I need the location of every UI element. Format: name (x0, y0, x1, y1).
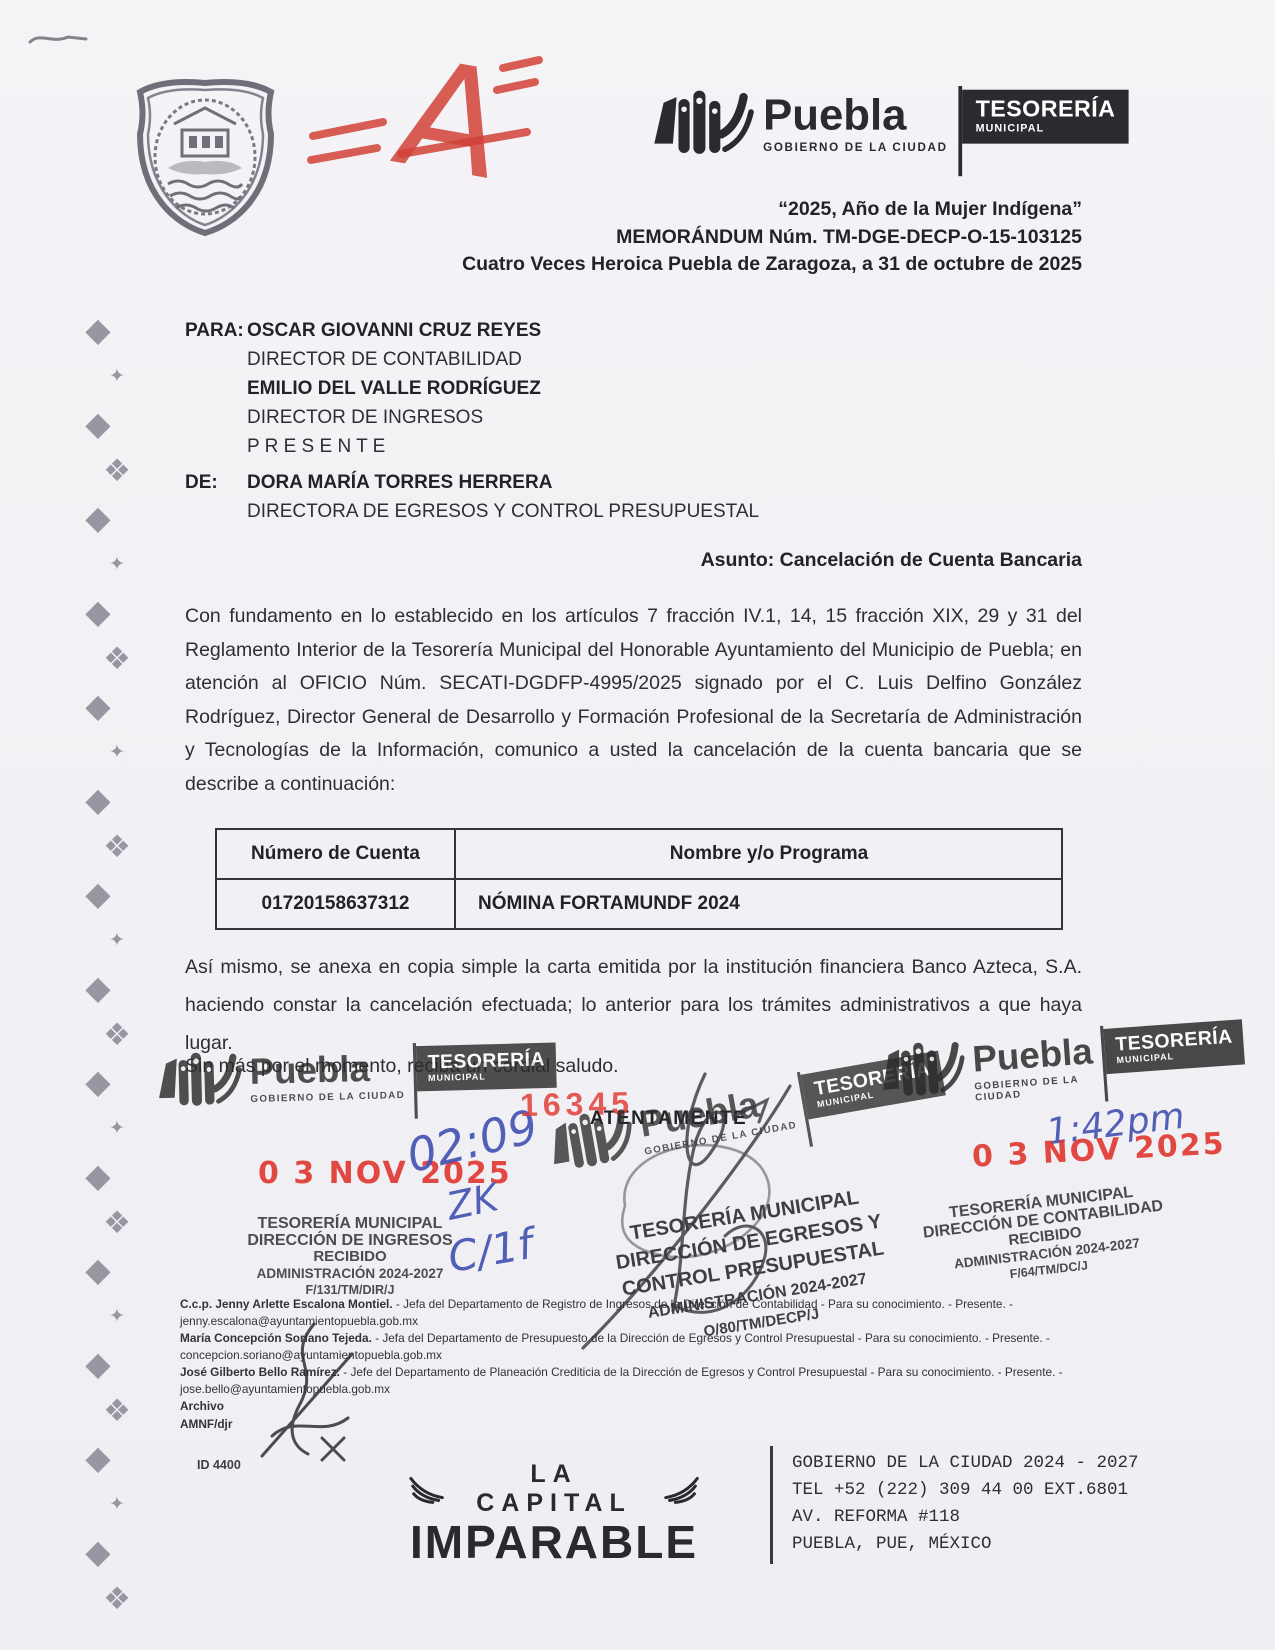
address-line: TEL +52 (222) 309 44 00 EXT.6801 (792, 1477, 1139, 1504)
border-motif (55, 776, 141, 823)
border-motif (74, 1199, 160, 1246)
border-motif (74, 1481, 160, 1528)
border-motif (55, 306, 141, 353)
recipients-block: PARA: OSCAR GIOVANNI CRUZ REYES DIRECTOR… (185, 316, 541, 461)
para-lines: OSCAR GIOVANNI CRUZ REYES DIRECTOR DE CO… (247, 316, 541, 461)
bank-account-table: Número de Cuenta Nombre y/o Programa 017… (215, 828, 1063, 930)
para-label: PARA: (185, 316, 247, 461)
recipient-name: EMILIO DEL VALLE RODRÍGUEZ (247, 374, 541, 403)
account-number-cell: 01720158637312 (216, 879, 455, 929)
footer-address-block: GOBIERNO DE LA CIUDAD 2024 - 2027 TEL +5… (792, 1450, 1139, 1558)
border-motif (74, 1011, 160, 1058)
program-name-cell: NÓMINA FORTAMUNDF 2024 (455, 879, 1062, 929)
border-motif (55, 1246, 141, 1293)
border-motif (74, 917, 160, 964)
column-header-program: Nombre y/o Programa (455, 829, 1062, 879)
border-motif (55, 494, 141, 541)
memo-number: MEMORÁNDUM Núm. TM-DGE-DECP-O-15-103125 (462, 224, 1082, 252)
ingresos-office-stamp-text: TESORERÍA MUNICIPAL DIRECCIÓN DE INGRESO… (210, 1216, 490, 1299)
border-motif (55, 1340, 141, 1387)
de-label: DE: (185, 468, 247, 526)
tesoreria-municipal-box: TESORERÍA MUNICIPAL (963, 90, 1129, 144)
border-motif (74, 447, 160, 494)
column-header-account: Número de Cuenta (216, 829, 455, 879)
tesoreria-municipal-box: TESORERÍAMUNICIPAL (416, 1043, 556, 1092)
border-motif (55, 400, 141, 447)
scanned-memo-page: A Puebla GOBIERNO DE LA CIUDAD (0, 0, 1275, 1650)
address-line: GOBIERNO DE LA CIUDAD 2024 - 2027 (792, 1450, 1139, 1477)
presente-line: P R E S E N T E (247, 432, 541, 461)
border-motif (55, 1152, 141, 1199)
border-motif (74, 1575, 160, 1622)
recipient-title: DIRECTOR DE CONTABILIDAD (247, 345, 541, 374)
sender-name: DORA MARÍA TORRES HERRERA (247, 468, 759, 497)
right-wing-icon (662, 1474, 700, 1504)
address-line: AV. REFORMA #118 (792, 1504, 1139, 1531)
body-paragraph-1: Con fundamento en lo establecido en los … (185, 600, 1082, 801)
year-quote: “2025, Año de la Mujer Indígena” (462, 196, 1082, 224)
recipient-title: DIRECTOR DE INGRESOS (247, 403, 541, 432)
border-motif (55, 588, 141, 635)
table-data-row: 01720158637312 NÓMINA FORTAMUNDF 2024 (216, 879, 1062, 929)
border-motif (55, 682, 141, 729)
scan-artifact (28, 30, 98, 48)
puebla-logo-icon (645, 86, 755, 176)
de-lines: DORA MARÍA TORRES HERRERA DIRECTORA DE E… (247, 468, 759, 526)
document-id: ID 4400 (197, 1458, 241, 1472)
header-reference-block: “2025, Año de la Mujer Indígena” MEMORÁN… (462, 196, 1082, 279)
border-motif (74, 635, 160, 682)
border-motif (55, 1058, 141, 1105)
city-date-line: Cuatro Veces Heroica Puebla de Zaragoza,… (462, 251, 1082, 279)
gobierno-subtitle: GOBIERNO DE LA CIUDAD (763, 141, 948, 154)
border-motif (55, 964, 141, 1011)
border-motif (74, 729, 160, 776)
slogan-line-2: IMPARABLE (408, 1519, 700, 1565)
border-motif (74, 1293, 160, 1340)
border-motif (74, 541, 160, 588)
left-wing-icon (408, 1474, 446, 1504)
archivist-signature-scribble (256, 1318, 356, 1463)
border-motif (55, 1434, 141, 1481)
contabilidad-office-stamp-text: TESORERÍA MUNICIPAL DIRECCIÓN DE CONTABI… (881, 1176, 1209, 1297)
sender-title: DIRECTORA DE EGRESOS Y CONTROL PRESUPUES… (247, 497, 759, 526)
footer-divider (770, 1446, 773, 1564)
slogan-line-1: LA CAPITAL (451, 1460, 657, 1518)
recipient-name: OSCAR GIOVANNI CRUZ REYES (247, 316, 541, 345)
puebla-tesoreria-logo: Puebla GOBIERNO DE LA CIUDAD TESORERÍA M… (645, 86, 1128, 176)
decorative-left-border (62, 306, 148, 1622)
puebla-coat-of-arms (118, 72, 293, 247)
puebla-logo-icon (150, 1048, 244, 1126)
subject-line: Asunto: Cancelación de Cuenta Bancaria (701, 549, 1082, 572)
sender-block: DE: DORA MARÍA TORRES HERRERA DIRECTORA … (185, 468, 759, 526)
table-header-row: Número de Cuenta Nombre y/o Programa (216, 829, 1062, 879)
la-capital-imparable-logo: LA CAPITAL IMPARABLE (408, 1460, 700, 1565)
border-motif (74, 1105, 160, 1152)
puebla-logo-text: Puebla GOBIERNO DE LA CIUDAD (763, 95, 948, 154)
border-motif (55, 1528, 141, 1575)
puebla-brand: Puebla (763, 95, 948, 134)
address-line: PUEBLA, PUE, MÉXICO (792, 1531, 1139, 1558)
puebla-logo-icon (872, 1036, 969, 1118)
received-date-stamp-contabilidad: 0 3 NOV 2025 (971, 1126, 1226, 1174)
border-motif (74, 1387, 160, 1434)
border-motif (74, 823, 160, 870)
border-motif (55, 870, 141, 917)
tesoreria-municipal-box: TESORERÍAMUNICIPAL (1103, 1019, 1245, 1074)
border-motif (74, 353, 160, 400)
